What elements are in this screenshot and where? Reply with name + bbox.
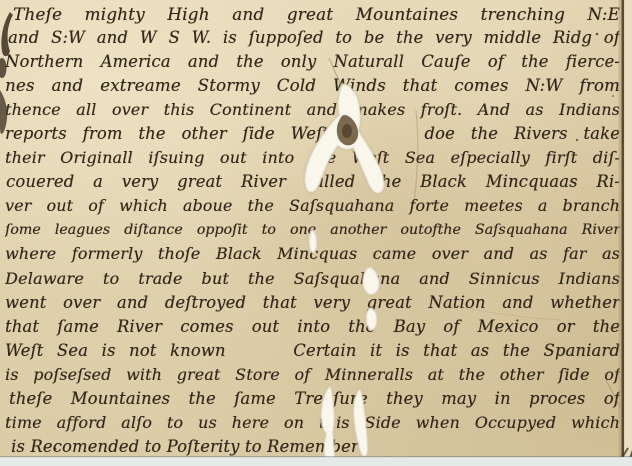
- manuscript-line: ſome leagues diſtance oppoſit to one ano…: [5, 218, 620, 242]
- manuscript-line: their Originall iſsuing out into the Weſ…: [5, 146, 620, 170]
- manuscript-line: is poſseſsed with great Store of Minnera…: [5, 363, 620, 387]
- manuscript-text: Theſe mighty High and great Mountaines t…: [5, 2, 620, 459]
- manuscript-line: theſe Mountaines the ſame Treaſure they …: [5, 387, 620, 411]
- manuscript-line: is Recomended to Poſterity to Remember: [5, 435, 620, 459]
- manuscript-line: reports from the other ſide Weſt doe the…: [5, 122, 620, 146]
- page-edge-line: [622, 0, 625, 466]
- manuscript-line: Northern America and the only Naturall C…: [5, 50, 620, 74]
- manuscript-line: Weſt Sea is not known Certain it is that…: [5, 339, 620, 363]
- manuscript-page: Theſe mighty High and great Mountaines t…: [0, 0, 632, 466]
- manuscript-line: went over and deſtroyed that very great …: [5, 291, 620, 315]
- manuscript-line: ver out of which aboue the Saſsquahana f…: [5, 194, 620, 218]
- manuscript-line: Delaware to trade but the Saſsquahana an…: [5, 267, 620, 291]
- manuscript-line: and S:W and W S W. is ſuppoſed to be the…: [5, 26, 620, 50]
- page-corner-mark: [626, 450, 632, 466]
- manuscript-line: nes and extreame Stormy Cold Winds that …: [5, 74, 620, 98]
- page-right-margin: [624, 0, 632, 466]
- manuscript-line: couered a very great River called the Bl…: [5, 170, 620, 194]
- manuscript-line: Theſe mighty High and great Mountaines t…: [5, 2, 620, 26]
- manuscript-line: where formerly thoſe Black Mincquas came…: [5, 242, 620, 266]
- manuscript-line: time afford alſo to us here on this Side…: [5, 411, 620, 435]
- manuscript-line: that ſame River comes out into the Bay o…: [5, 315, 620, 339]
- manuscript-line: thence all over this Continent and makes…: [5, 98, 620, 122]
